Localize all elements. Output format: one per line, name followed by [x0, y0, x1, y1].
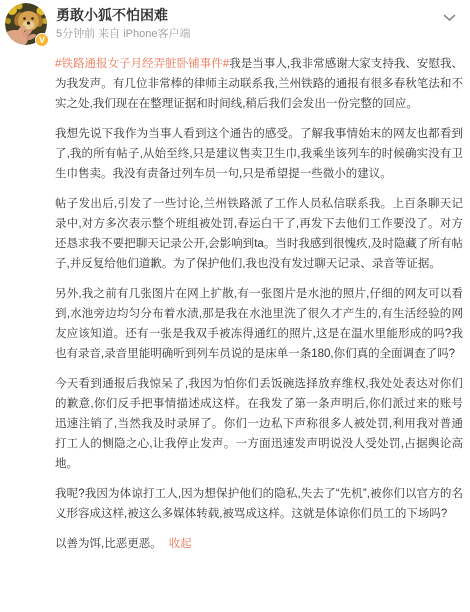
post-paragraph: 我想先说下我作为当事人看到这个通告的感受。了解我事情始末的网友也都看到了,我的所… [55, 124, 463, 184]
post-paragraph: 另外,我之前有几张图片在网上扩散,有一张图片是水池的照片,仔细的网友可以看到,水… [55, 284, 463, 364]
post-menu-button[interactable] [441, 3, 458, 33]
post-paragraph: 以善为饵,比恶更恶。收起 [55, 534, 463, 554]
post-paragraph: 帖子发出后,引发了一些讨论,兰州铁路派了工作人员私信联系我。上百条聊天记录中,对… [55, 194, 463, 274]
post-paragraph: 我呢?我因为体谅打工人,因为想保护他们的隐私,失去了“先机”,被你们以官方的名义… [55, 484, 463, 524]
verified-badge-icon: V [35, 33, 49, 47]
avatar[interactable]: V [5, 3, 47, 45]
weibo-post: V 勇敢小狐不怕困难 5分钟前 来自 iPhone客户端 #铁路通报女子月经弄脏… [0, 0, 470, 612]
collapse-link[interactable]: 收起 [169, 538, 192, 550]
post-header: V 勇敢小狐不怕困难 5分钟前 来自 iPhone客户端 [0, 0, 470, 45]
post-paragraph: #铁路通报女子月经弄脏卧铺事件#我是当事人,我非常感谢大家支持我、安慰我、为我发… [55, 54, 463, 114]
username[interactable]: 勇敢小狐不怕困难 [56, 7, 441, 24]
post-content: #铁路通报女子月经弄脏卧铺事件#我是当事人,我非常感谢大家支持我、安慰我、为我发… [55, 54, 463, 554]
hashtag-link[interactable]: #铁路通报女子月经弄脏卧铺事件# [55, 58, 229, 70]
post-paragraph: 今天看到通报后我惊呆了,我因为怕你们丢饭碗选择放弃维权,我处处表达对你们的歉意,… [55, 374, 463, 474]
post-meta: 5分钟前 来自 iPhone客户端 [56, 28, 441, 41]
chevron-down-icon [443, 14, 456, 22]
header-info: 勇敢小狐不怕困难 5分钟前 来自 iPhone客户端 [56, 3, 441, 41]
closing-text: 以善为饵,比恶更恶。 [55, 538, 162, 550]
